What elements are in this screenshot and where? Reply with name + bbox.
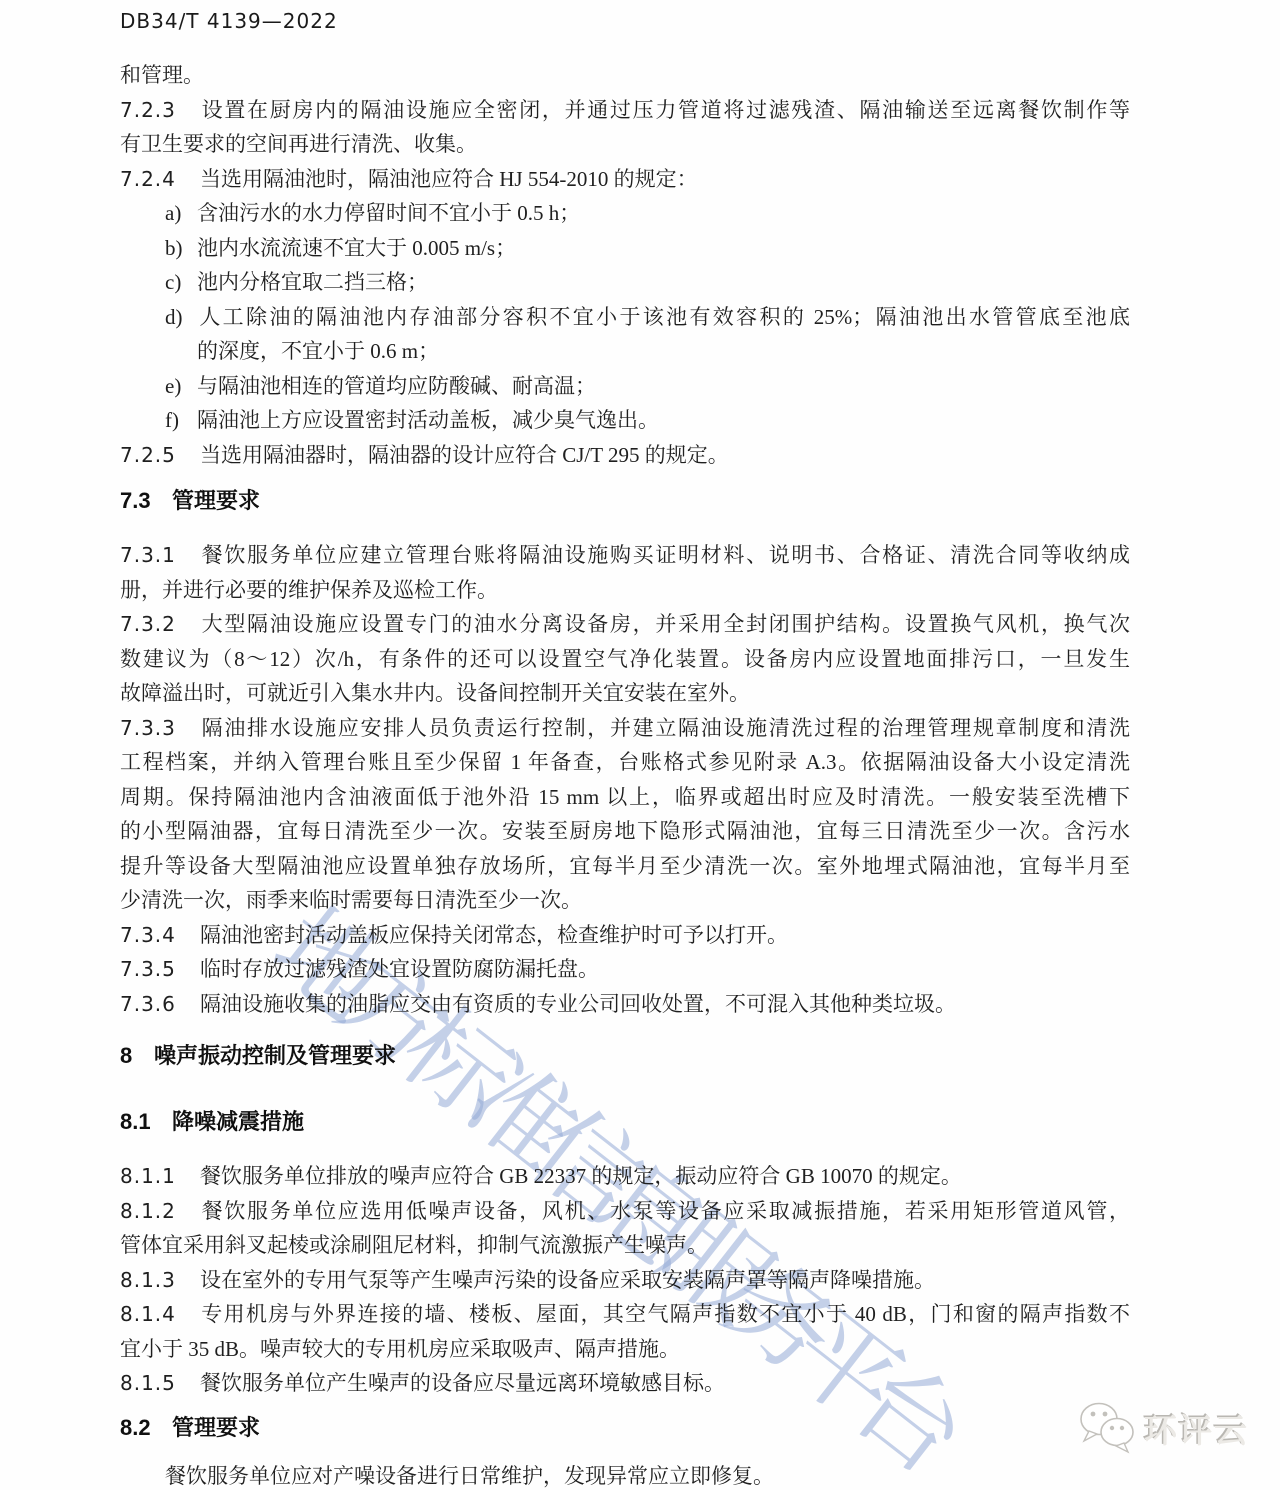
document-content: DB34/T 4139—2022 和管理。 7.2.3设置在厨房内的隔油设施应全…: [0, 0, 1280, 1490]
clause-number: 8.1.5: [120, 1366, 200, 1401]
line-text: 隔油设施收集的油脂应交由有资质的专业公司回收处置，不可混入其他种类垃圾。: [200, 992, 956, 1016]
doc-line: 8.1.1餐饮服务单位排放的噪声应符合 GB 22337 的规定，振动应符合 G…: [120, 1159, 1130, 1194]
line-text: 设在室外的专用气泵等产生噪声污染的设备应采取安装隔声罩等隔声降噪措施。: [200, 1268, 935, 1292]
line-text: 工程档案，并纳入管理台账且至少保留 1 年备查，台账格式参见附录 A.3。依据隔…: [120, 750, 1130, 774]
doc-line: 7.3.5临时存放过滤残渣处宜设置防腐防漏托盘。: [120, 952, 1130, 987]
doc-line: 宜小于 35 dB。噪声较大的专用机房应采取吸声、隔声措施。: [120, 1332, 1130, 1367]
doc-line: 餐饮服务单位应对产噪设备进行日常维护，发现异常应立即修复。: [120, 1459, 1130, 1490]
doc-line: 的小型隔油器，宜每日清洗至少一次。安装至厨房地下隐形式隔油池，宜每三日清洗至少一…: [120, 814, 1130, 849]
doc-line: 8.1.4专用机房与外界连接的墙、楼板、屋面，其空气隔声指数不宜小于 40 dB…: [120, 1297, 1130, 1332]
line-text: 与隔油池相连的管道均应防酸碱、耐高温；: [197, 374, 596, 398]
list-letter: f): [165, 403, 197, 438]
doc-line: 8.1.2餐饮服务单位应选用低噪声设备，风机、水泵等设备应采取减振措施，若采用矩…: [120, 1194, 1130, 1229]
section-heading-7-3: 7.3管理要求: [120, 486, 1130, 516]
line-text: 提升等设备大型隔油池应设置单独存放场所，宜每半月至少清洗一次。室外地埋式隔油池，…: [120, 854, 1130, 878]
section-heading-8: 8噪声振动控制及管理要求: [120, 1041, 1130, 1071]
line-text: 隔油排水设施应安排人员负责运行控制，并建立隔油设施清洗过程的治理管理规章制度和清…: [200, 716, 1130, 740]
heading-number: 7.3: [120, 486, 172, 516]
doc-line: 7.3.6隔油设施收集的油脂应交由有资质的专业公司回收处置，不可混入其他种类垃圾…: [120, 987, 1130, 1022]
doc-line: 提升等设备大型隔油池应设置单独存放场所，宜每半月至少清洗一次。室外地埋式隔油池，…: [120, 849, 1130, 884]
line-text: 册，并进行必要的维护保养及巡检工作。: [120, 578, 498, 602]
chat-bubbles-icon: [1076, 1398, 1138, 1459]
heading-text: 降噪减震措施: [172, 1109, 304, 1134]
doc-line: 工程档案，并纳入管理台账且至少保留 1 年备查，台账格式参见附录 A.3。依据隔…: [120, 745, 1130, 780]
doc-line: 7.2.4当选用隔油池时，隔油池应符合 HJ 554-2010 的规定：: [120, 162, 1130, 197]
line-text: 设置在厨房内的隔油设施应全密闭，并通过压力管道将过滤残渣、隔油输送至远离餐饮制作…: [200, 98, 1130, 122]
clause-number: 8.1.4: [120, 1297, 200, 1332]
line-text: 临时存放过滤残渣处宜设置防腐防漏托盘。: [200, 957, 599, 981]
list-item: d)人工除油的隔油池内存油部分容积不宜小于该池有效容积的 25%；隔油池出水管管…: [120, 300, 1130, 335]
doc-line: 周期。保持隔油池内含油液面低于池外沿 15 mm 以上，临界或超出时应及时清洗。…: [120, 780, 1130, 815]
doc-line: 7.2.5当选用隔油器时，隔油器的设计应符合 CJ/T 295 的规定。: [120, 438, 1130, 473]
list-item: a)含油污水的水力停留时间不宜小于 0.5 h；: [120, 196, 1130, 231]
doc-line: 少清洗一次，雨季来临时需要每日清洗至少一次。: [120, 883, 1130, 918]
line-text: 专用机房与外界连接的墙、楼板、屋面，其空气隔声指数不宜小于 40 dB，门和窗的…: [200, 1302, 1130, 1326]
line-text: 隔油池上方应设置密封活动盖板，减少臭气逸出。: [197, 408, 659, 432]
list-letter: e): [165, 369, 197, 404]
hpy-cloud-watermark: 环评云: [1076, 1398, 1249, 1459]
section-heading-8-1: 8.1降噪减震措施: [120, 1107, 1130, 1137]
line-text: 宜小于 35 dB。噪声较大的专用机房应采取吸声、隔声措施。: [120, 1337, 680, 1361]
doc-line: 7.3.2大型隔油设施应设置专门的油水分离设备房，并采用全封闭围护结构。设置换气…: [120, 607, 1130, 642]
line-text: 餐饮服务单位排放的噪声应符合 GB 22337 的规定，振动应符合 GB 100…: [200, 1164, 962, 1188]
logo-text: 环评云: [1144, 1405, 1249, 1452]
line-text: 餐饮服务单位应对产噪设备进行日常维护，发现异常应立即修复。: [165, 1464, 774, 1488]
doc-code-header: DB34/T 4139—2022: [120, 8, 1130, 34]
clause-number: 7.3.1: [120, 538, 200, 573]
list-item-continuation: 的深度，不宜小于 0.6 m；: [120, 334, 1130, 369]
line-text: 和管理。: [120, 63, 204, 87]
doc-line: 8.1.5餐饮服务单位产生噪声的设备应尽量远离环境敏感目标。: [120, 1366, 1130, 1401]
line-text: 当选用隔油池时，隔油池应符合 HJ 554-2010 的规定：: [200, 167, 698, 191]
clause-number: 7.3.3: [120, 711, 200, 746]
line-text: 餐饮服务单位应选用低噪声设备，风机、水泵等设备应采取减振措施，若采用矩形管道风管…: [200, 1199, 1130, 1223]
line-text: 当选用隔油器时，隔油器的设计应符合 CJ/T 295 的规定。: [200, 443, 729, 467]
clause-number: 8.1.1: [120, 1159, 200, 1194]
line-text: 数建议为（8～12）次/h，有条件的还可以设置空气净化装置。设备房内应设置地面排…: [120, 647, 1130, 671]
line-text: 少清洗一次，雨季来临时需要每日清洗至少一次。: [120, 888, 582, 912]
heading-number: 8: [120, 1041, 154, 1071]
heading-number: 8.1: [120, 1107, 172, 1137]
list-item: f)隔油池上方应设置密封活动盖板，减少臭气逸出。: [120, 403, 1130, 438]
line-text: 餐饮服务单位产生噪声的设备应尽量远离环境敏感目标。: [200, 1371, 725, 1395]
clause-number: 7.3.4: [120, 918, 200, 953]
list-item: e)与隔油池相连的管道均应防酸碱、耐高温；: [120, 369, 1130, 404]
document-page: 地方标准信息服务平台 DB34/T 4139—2022 和管理。 7.2.3设置…: [0, 0, 1280, 1490]
clause-number: 7.2.4: [120, 162, 200, 197]
list-item: c)池内分格宜取二挡三格；: [120, 265, 1130, 300]
clause-number: 7.3.5: [120, 952, 200, 987]
doc-line: 有卫生要求的空间再进行清洗、收集。: [120, 127, 1130, 162]
heading-text: 噪声振动控制及管理要求: [154, 1043, 396, 1068]
doc-line: 故障溢出时，可就近引入集水井内。设备间控制开关宜安装在室外。: [120, 676, 1130, 711]
line-text: 池内水流流速不宜大于 0.005 m/s；: [197, 236, 516, 260]
doc-line: 管体宜采用斜叉起棱或涂刷阻尼材料，抑制气流激振产生噪声。: [120, 1228, 1130, 1263]
list-letter: c): [165, 265, 197, 300]
list-letter: a): [165, 196, 197, 231]
clause-number: 8.1.3: [120, 1263, 200, 1298]
line-text: 管体宜采用斜叉起棱或涂刷阻尼材料，抑制气流激振产生噪声。: [120, 1233, 708, 1257]
line-text: 餐饮服务单位应建立管理台账将隔油设施购买证明材料、说明书、合格证、清洗合同等收纳…: [200, 543, 1130, 567]
line-text: 人工除油的隔油池内存油部分容积不宜小于该池有效容积的 25%；隔油池出水管管底至…: [197, 305, 1130, 329]
heading-number: 8.2: [120, 1413, 172, 1443]
doc-line: 数建议为（8～12）次/h，有条件的还可以设置空气净化装置。设备房内应设置地面排…: [120, 642, 1130, 677]
clause-number: 8.1.2: [120, 1194, 200, 1229]
doc-line: 7.3.1餐饮服务单位应建立管理台账将隔油设施购买证明材料、说明书、合格证、清洗…: [120, 538, 1130, 573]
list-letter: b): [165, 231, 197, 266]
line-text: 周期。保持隔油池内含油液面低于池外沿 15 mm 以上，临界或超出时应及时清洗。…: [120, 785, 1130, 809]
section-heading-8-2: 8.2管理要求: [120, 1413, 1130, 1443]
doc-line: 8.1.3设在室外的专用气泵等产生噪声污染的设备应采取安装隔声罩等隔声降噪措施。: [120, 1263, 1130, 1298]
clause-number: 7.2.3: [120, 93, 200, 128]
line-text: 大型隔油设施应设置专门的油水分离设备房，并采用全封闭围护结构。设置换气风机，换气…: [200, 612, 1130, 636]
line-text: 池内分格宜取二挡三格；: [197, 270, 428, 294]
line-text: 隔油池密封活动盖板应保持关闭常态，检查维护时可予以打开。: [200, 923, 788, 947]
line-text: 的小型隔油器，宜每日清洗至少一次。安装至厨房地下隐形式隔油池，宜每三日清洗至少一…: [120, 819, 1130, 843]
line-text: 含油污水的水力停留时间不宜小于 0.5 h；: [197, 201, 580, 225]
clause-number: 7.3.6: [120, 987, 200, 1022]
clause-number: 7.2.5: [120, 438, 200, 473]
doc-line: 7.3.4隔油池密封活动盖板应保持关闭常态，检查维护时可予以打开。: [120, 918, 1130, 953]
line-text: 有卫生要求的空间再进行清洗、收集。: [120, 132, 477, 156]
doc-line: 7.2.3设置在厨房内的隔油设施应全密闭，并通过压力管道将过滤残渣、隔油输送至远…: [120, 93, 1130, 128]
line-text: 故障溢出时，可就近引入集水井内。设备间控制开关宜安装在室外。: [120, 681, 750, 705]
clause-number: 7.3.2: [120, 607, 200, 642]
heading-text: 管理要求: [172, 488, 260, 513]
doc-line: 7.3.3隔油排水设施应安排人员负责运行控制，并建立隔油设施清洗过程的治理管理规…: [120, 711, 1130, 746]
list-letter: d): [165, 300, 197, 335]
line-text: 的深度，不宜小于 0.6 m；: [197, 339, 439, 363]
doc-line: 和管理。: [120, 58, 1130, 93]
heading-text: 管理要求: [172, 1415, 260, 1440]
doc-line: 册，并进行必要的维护保养及巡检工作。: [120, 573, 1130, 608]
list-item: b)池内水流流速不宜大于 0.005 m/s；: [120, 231, 1130, 266]
